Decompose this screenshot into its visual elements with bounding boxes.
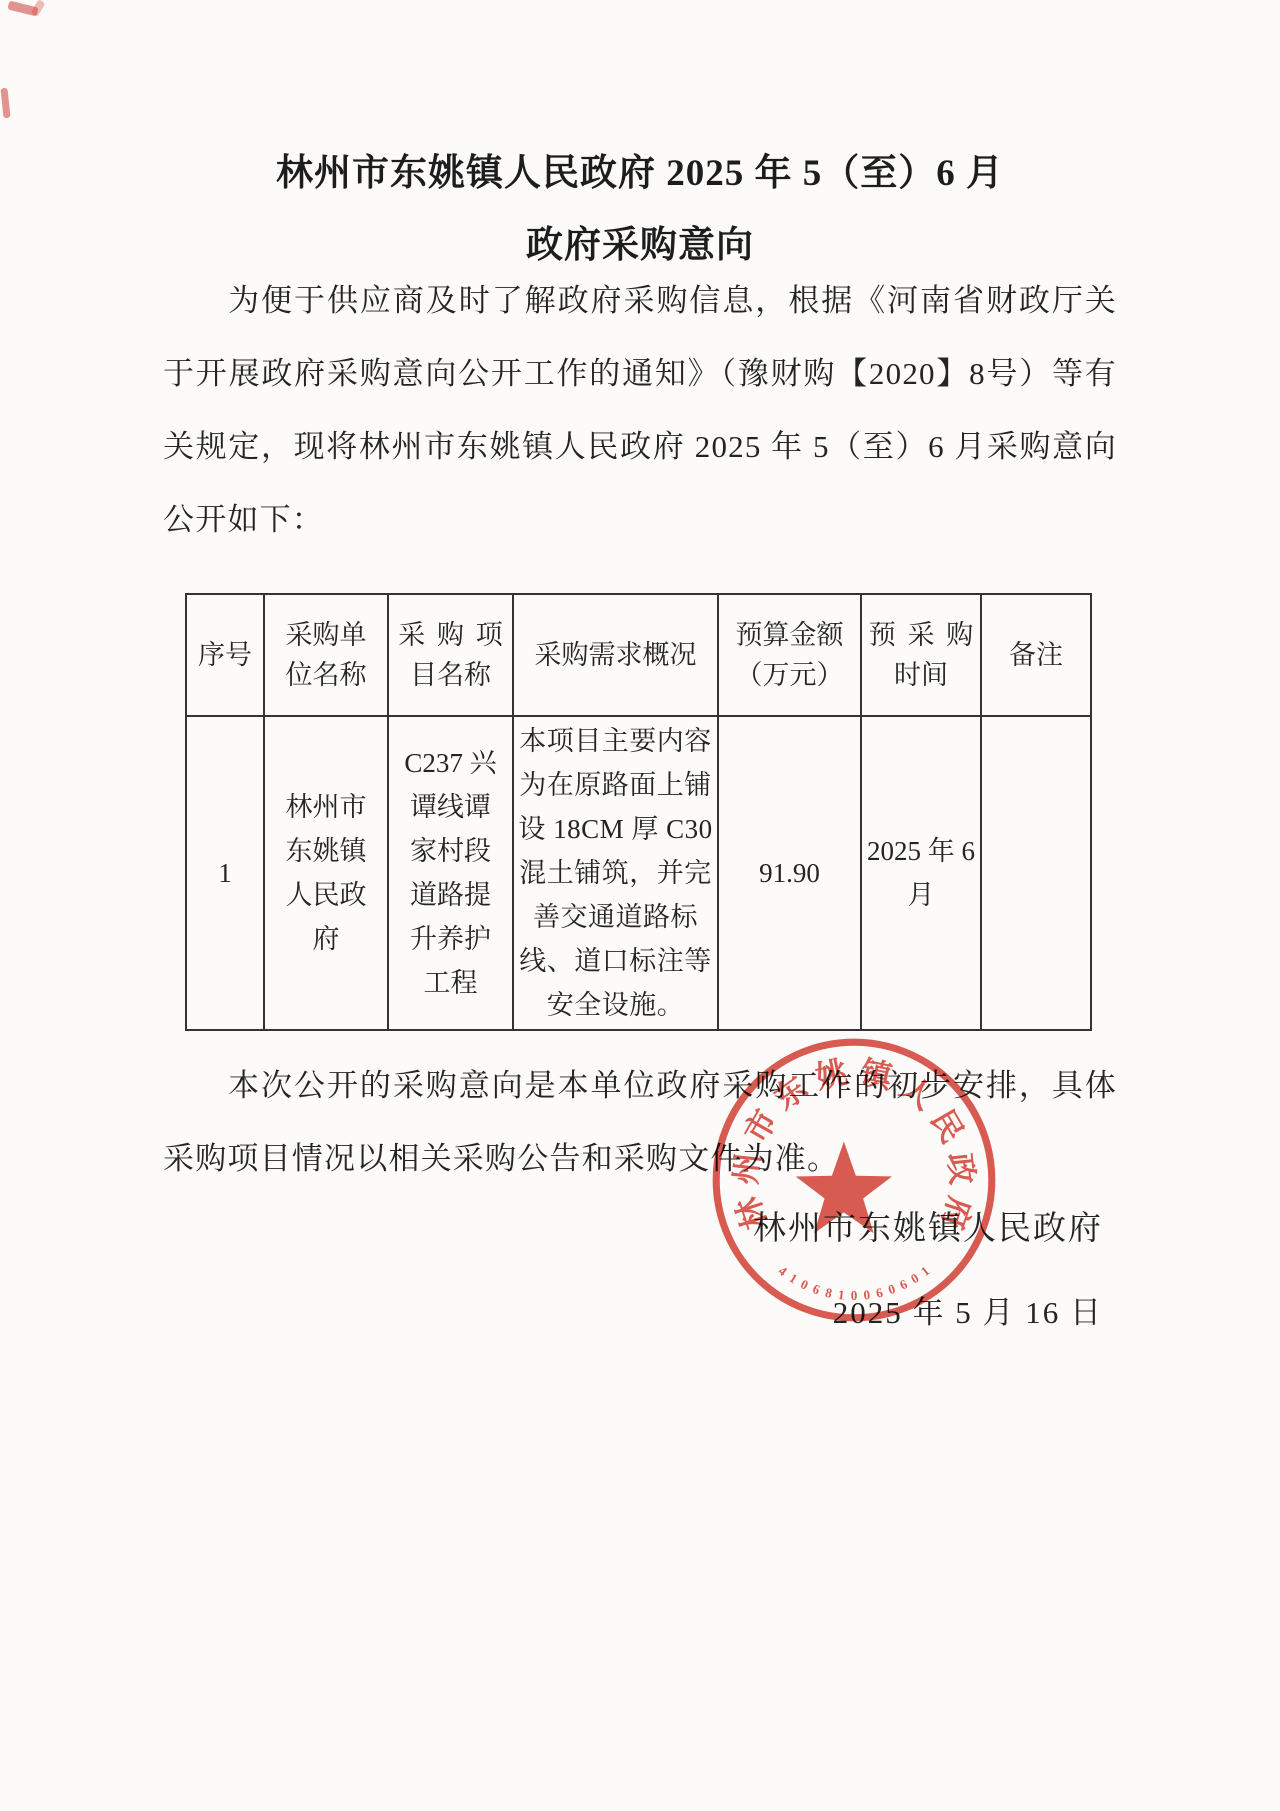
svg-text:人: 人 <box>894 1070 940 1117</box>
svg-text:林: 林 <box>730 1192 773 1233</box>
svg-text:1: 1 <box>918 1263 932 1279</box>
document-title-line2: 政府采购意向 <box>0 214 1280 268</box>
cell-demand-overview: 本项目主要内容 为在原路面上铺 设 18CM 厚 C30 混土铺筑，并完 善交通… <box>513 716 718 1030</box>
intro-paragraph: 为便于供应商及时了解政府采购信息，根据《河南省财政厅关于开展政府采购意向公开工作… <box>163 264 1117 556</box>
svg-text:府: 府 <box>935 1193 978 1234</box>
svg-text:州: 州 <box>728 1151 766 1186</box>
header-demand-overview: 采购需求概况 <box>513 594 718 716</box>
scan-artifact <box>0 88 10 119</box>
svg-text:政: 政 <box>942 1151 980 1186</box>
svg-text:1: 1 <box>837 1287 845 1303</box>
svg-text:6: 6 <box>811 1281 823 1297</box>
svg-text:4: 4 <box>776 1263 791 1279</box>
svg-text:民: 民 <box>924 1104 970 1149</box>
cell-planned-time: 2025 年 6 月 <box>861 716 981 1030</box>
header-project-name: 采 购 项 目名称 <box>388 594 513 716</box>
cell-remarks <box>981 716 1091 1030</box>
cell-purchasing-unit: 林州市 东姚镇 人民政 府 <box>264 716 388 1030</box>
header-serial-number: 序号 <box>186 594 264 716</box>
svg-text:6: 6 <box>897 1276 910 1293</box>
svg-text:1: 1 <box>787 1270 800 1286</box>
header-remarks: 备注 <box>981 594 1091 716</box>
official-seal-stamp: 林州市东姚镇人民政府4106810060601 <box>702 1028 1006 1332</box>
cell-project-name: C237 兴 谭线谭 家村段 道路提 升养护 工程 <box>388 716 513 1030</box>
svg-text:姚: 姚 <box>813 1055 851 1096</box>
svg-text:镇: 镇 <box>857 1054 898 1096</box>
svg-text:6: 6 <box>874 1285 884 1301</box>
svg-text:0: 0 <box>908 1270 922 1286</box>
procurement-intention-table: 序号 采购单 位名称 采 购 项 目名称 采购需求概况 预算金额 （万元） 预 … <box>185 593 1092 1031</box>
svg-text:东: 东 <box>768 1069 814 1116</box>
scan-artifact <box>31 0 46 17</box>
header-planned-time: 预 采 购 时间 <box>861 594 981 716</box>
svg-text:市: 市 <box>738 1104 784 1149</box>
document-title-line1: 林州市东姚镇人民政府 2025 年 5（至）6 月 <box>0 142 1280 196</box>
svg-text:0: 0 <box>851 1288 858 1303</box>
document-page: 林州市东姚镇人民政府 2025 年 5（至）6 月 政府采购意向 为便于供应商及… <box>0 0 1280 1811</box>
svg-text:0: 0 <box>863 1287 872 1303</box>
table-header-row: 序号 采购单 位名称 采 购 项 目名称 采购需求概况 预算金额 （万元） 预 … <box>186 594 1091 716</box>
cell-serial-number: 1 <box>186 716 264 1030</box>
table-row: 1 林州市 东姚镇 人民政 府 C237 兴 谭线谭 家村段 道路提 升养护 工… <box>186 716 1091 1030</box>
header-budget-amount: 预算金额 （万元） <box>718 594 861 716</box>
header-purchasing-unit: 采购单 位名称 <box>264 594 388 716</box>
cell-budget-amount: 91.90 <box>718 716 861 1030</box>
svg-text:8: 8 <box>824 1285 834 1301</box>
svg-text:0: 0 <box>798 1276 811 1293</box>
svg-text:0: 0 <box>886 1281 898 1297</box>
